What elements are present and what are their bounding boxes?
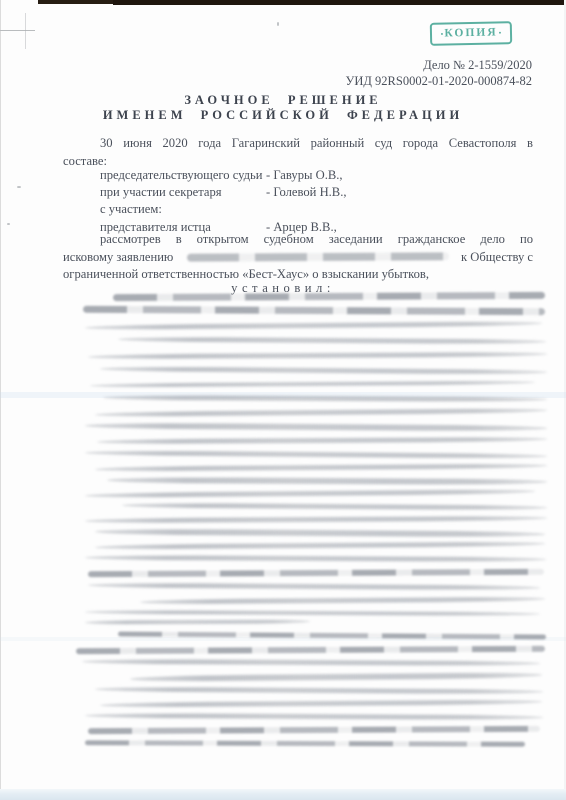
redacted-line (88, 352, 547, 359)
redacted-line (103, 395, 547, 402)
redacted-line (85, 516, 547, 523)
scanned-court-document-page: • КОПИЯ • Дело № 2-1559/2020 УИД 92RS000… (0, 0, 566, 800)
redacted-line (85, 610, 540, 616)
redacted-line (140, 597, 545, 605)
redacted-line (85, 321, 542, 330)
redacted-line (95, 686, 543, 694)
redacted-line (90, 380, 535, 387)
redacted-line (82, 659, 540, 666)
redacted-line (88, 582, 540, 590)
redacted-line (85, 740, 525, 747)
redacted-line (118, 337, 546, 345)
redacted-line (88, 569, 544, 577)
redacted-line (85, 620, 310, 625)
redacted-line (76, 646, 545, 654)
redacted-line (85, 555, 546, 562)
redacted-line (107, 477, 547, 485)
redacted-line (113, 292, 545, 301)
redacted-line (85, 489, 535, 498)
redacted-block (0, 0, 566, 800)
redacted-line (130, 672, 542, 682)
redacted-line (97, 437, 547, 444)
redacted-line (122, 503, 547, 511)
redacted-line (118, 632, 546, 640)
redacted-line (83, 306, 545, 315)
redacted-line (100, 699, 542, 707)
scan-artifact-bottom-band (0, 789, 566, 800)
redacted-line (85, 450, 547, 459)
redacted-line (95, 463, 547, 471)
redacted-line (85, 422, 547, 431)
redacted-line (88, 726, 540, 734)
redacted-line (95, 408, 547, 417)
redacted-line (100, 366, 547, 375)
redacted-line (95, 528, 545, 537)
redacted-line (85, 713, 543, 720)
redacted-line (95, 541, 545, 549)
